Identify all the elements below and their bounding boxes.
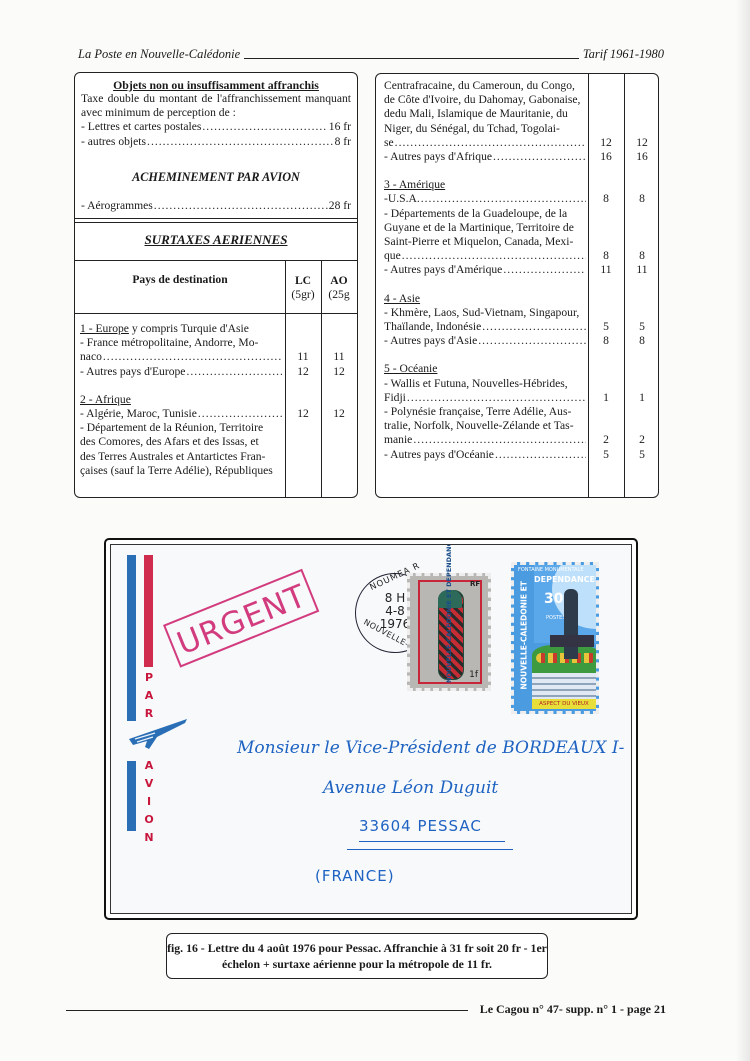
table-row: tralie, Norfolk, Nouvelle-Zélande et Tas… [384,419,587,433]
tariff-line: - Aérogrammes 28 fr [81,199,351,213]
air-routing-title: ACHEMINEMENT PAR AVION [75,170,357,185]
region-heading: 5 - Océanie [384,362,587,376]
running-header: La Poste en Nouvelle-Calédonie Tarif 196… [78,44,664,62]
table-row: manie22 [384,433,587,447]
rate-lc: 11 [285,350,321,364]
blue-stripe [127,555,136,721]
insufficient-postage-body: Taxe double du montant de l'affranchisse… [81,92,351,149]
rate-lc: 8 [588,334,624,348]
tariff-line: - Lettres et cartes postales 16 fr [81,120,351,134]
header-title: La Poste en Nouvelle-Calédonie [78,47,240,62]
urgent-stamp: URGENT [163,569,319,668]
table-row: Guyane et de la Martinique, Territoire d… [384,221,587,235]
table-row: - Wallis et Futuna, Nouvelles-Hébrides, [384,377,587,391]
table-row: - Département de la Réunion, Territoire [80,421,283,435]
table-row: naco1111 [80,350,283,364]
surcharges-table-body-left: 1 - Europe y compris Turquie d'Asie- Fra… [75,314,357,497]
row-spacer [384,348,587,362]
running-footer: Le Cagou n° 47- supp. n° 1 - page 21 [66,998,666,1016]
postage-stamp-30f: FONTAINE MONUMENTALE DEPENDANCES 30f POS… [511,562,599,714]
rate-lc: 11 [588,263,624,277]
region-name: 4 - Asie [384,292,420,305]
table-row: - Autres pays d'Europe1212 [80,365,283,379]
rate-lc: 5 [588,320,624,334]
air-routing-body: - Aérogrammes 28 fr [81,199,351,213]
page-edge-shadow [736,0,750,1061]
concorde-jet-icon [127,717,191,753]
column-header-ao: AO (25g [321,274,357,302]
region-heading: 3 - Amérique [384,178,587,192]
rate-ao: 12 [321,365,357,379]
table-row: Saint-Pierre et Miquelon, Canada, Mexi- [384,235,587,249]
table-row: - Autres pays d'Asie88 [384,334,587,348]
table-row: Centrafracaine, du Cameroun, du Congo, [384,79,587,93]
airmail-avion-label: AVION [142,757,156,847]
rate-ao: 5 [624,448,660,462]
rate-lc: 2 [588,433,624,447]
airmail-par-label: PAR [142,669,156,723]
row-spacer [80,379,283,393]
table-row: Fidji11 [384,391,587,405]
header-rule [244,58,579,59]
row-spacer [384,278,587,292]
rate-ao: 12 [321,407,357,421]
rate-lc: 8 [588,249,624,263]
rate-lc: 1 [588,391,624,405]
column-header-lc: LC (5gr) [285,274,321,302]
rate-ao: 11 [624,263,660,277]
tariff-box-left: Objets non ou insuffisamment affranchis … [74,72,358,498]
rate-lc: 16 [588,150,624,164]
insufficient-postage-intro: Taxe double du montant de l'affranchisse… [81,92,351,120]
footer-page-ref: Le Cagou n° 47- supp. n° 1 - page 21 [480,1002,666,1016]
surcharges-section: SURTAXES AERIENNES [75,222,357,261]
table-row: - Khmère, Laos, Sud-Vietnam, Singapour, [384,306,587,320]
row-spacer [384,164,587,178]
table-row: -U.S.A.88 [384,192,587,206]
table-row: - Algérie, Maroc, Tunisie1212 [80,407,283,421]
region-heading: 4 - Asie [384,292,587,306]
address-line-city: 33604 PESSAC [359,817,482,835]
rate-lc: 5 [588,448,624,462]
fountain-illustration [564,589,578,659]
blue-stripe [127,761,136,831]
rate-lc: 12 [588,136,624,150]
rate-lc: 12 [285,365,321,379]
table-row: Niger, du Sénégal, du Tchad, Togolai- [384,122,587,136]
address-line-street: Avenue Léon Duguit [323,778,498,798]
region-name: 1 - Europe [80,322,129,335]
table-row: - Départements de la Guadeloupe, de la [384,207,587,221]
table-row: dedu Mali, Islamique de Mauritanie, du [384,107,587,121]
table-row: - France métropolitaine, Andorre, Mo- [80,336,283,350]
rate-lc: 8 [588,192,624,206]
surcharge-rows: Centrafracaine, du Cameroun, du Congo,de… [384,79,587,462]
header-tariff-period: Tarif 1961-1980 [583,47,664,62]
rate-ao: 5 [624,320,660,334]
table-row: - Polynésie française, Terre Adélie, Aus… [384,405,587,419]
address-line-recipient: Monsieur le Vice-Président de BORDEAUX I… [237,738,624,758]
footer-rule [66,1010,468,1011]
tariff-line: - autres objets 8 fr [81,135,351,149]
postage-stamp-1f: NOUVELLE-CALEDONIE ET DEPENDANCES RF 1f [407,573,491,691]
region-name: 3 - Amérique [384,178,445,191]
surcharges-table-header: Pays de destination LC (5gr) AO (25g [75,261,357,314]
table-row: - Autres pays d'Océanie55 [384,448,587,462]
address-line-country: (FRANCE) [315,867,395,885]
region-heading: 2 - Afrique [80,393,283,407]
region-heading: 1 - Europe y compris Turquie d'Asie [80,322,283,336]
rate-ao: 8 [624,192,660,206]
address-underline [347,849,513,850]
rate-ao: 8 [624,334,660,348]
tariff-box-right: Centrafracaine, du Cameroun, du Congo,de… [375,73,659,498]
rate-ao: 8 [624,249,660,263]
table-row: que88 [384,249,587,263]
figure-caption: fig. 16 - Lettre du 4 août 1976 pour Pes… [166,933,548,979]
table-row: - Autres pays d'Afrique1616 [384,150,587,164]
table-row: de Côte d'Ivoire, du Dahomay, Gabonaise, [384,93,587,107]
column-header-destination: Pays de destination [75,273,285,286]
surcharges-title: SURTAXES AERIENNES [75,232,357,248]
rate-ao: 1 [624,391,660,405]
region-name: 2 - Afrique [80,393,131,406]
insufficient-postage-title: Objets non ou insuffisamment affranchis [75,78,357,93]
region-name: 5 - Océanie [384,362,437,375]
red-stripe [144,555,153,667]
table-row: des Comores, des Afars et des Issas, et [80,435,283,449]
table-row: çaises (sauf la Terre Adélie), Républiqu… [80,464,283,478]
insufficient-postage-section: Objets non ou insuffisamment affranchis … [75,73,357,219]
table-row: des Terres Australes et Antartictes Fran… [80,450,283,464]
table-row: se1212 [384,136,587,150]
address-underline [359,841,505,842]
rate-ao: 11 [321,350,357,364]
rate-lc: 12 [285,407,321,421]
airmail-envelope: PAR AVION URGENT RE AVEC FONDS NOUMEA R … [104,538,638,920]
table-row: - Autres pays d'Amérique1111 [384,263,587,277]
surcharge-rows: 1 - Europe y compris Turquie d'Asie- Fra… [80,322,283,478]
table-row: Thaïlande, Indonésie55 [384,320,587,334]
rate-ao: 2 [624,433,660,447]
rate-ao: 16 [624,150,660,164]
rate-ao: 12 [624,136,660,150]
